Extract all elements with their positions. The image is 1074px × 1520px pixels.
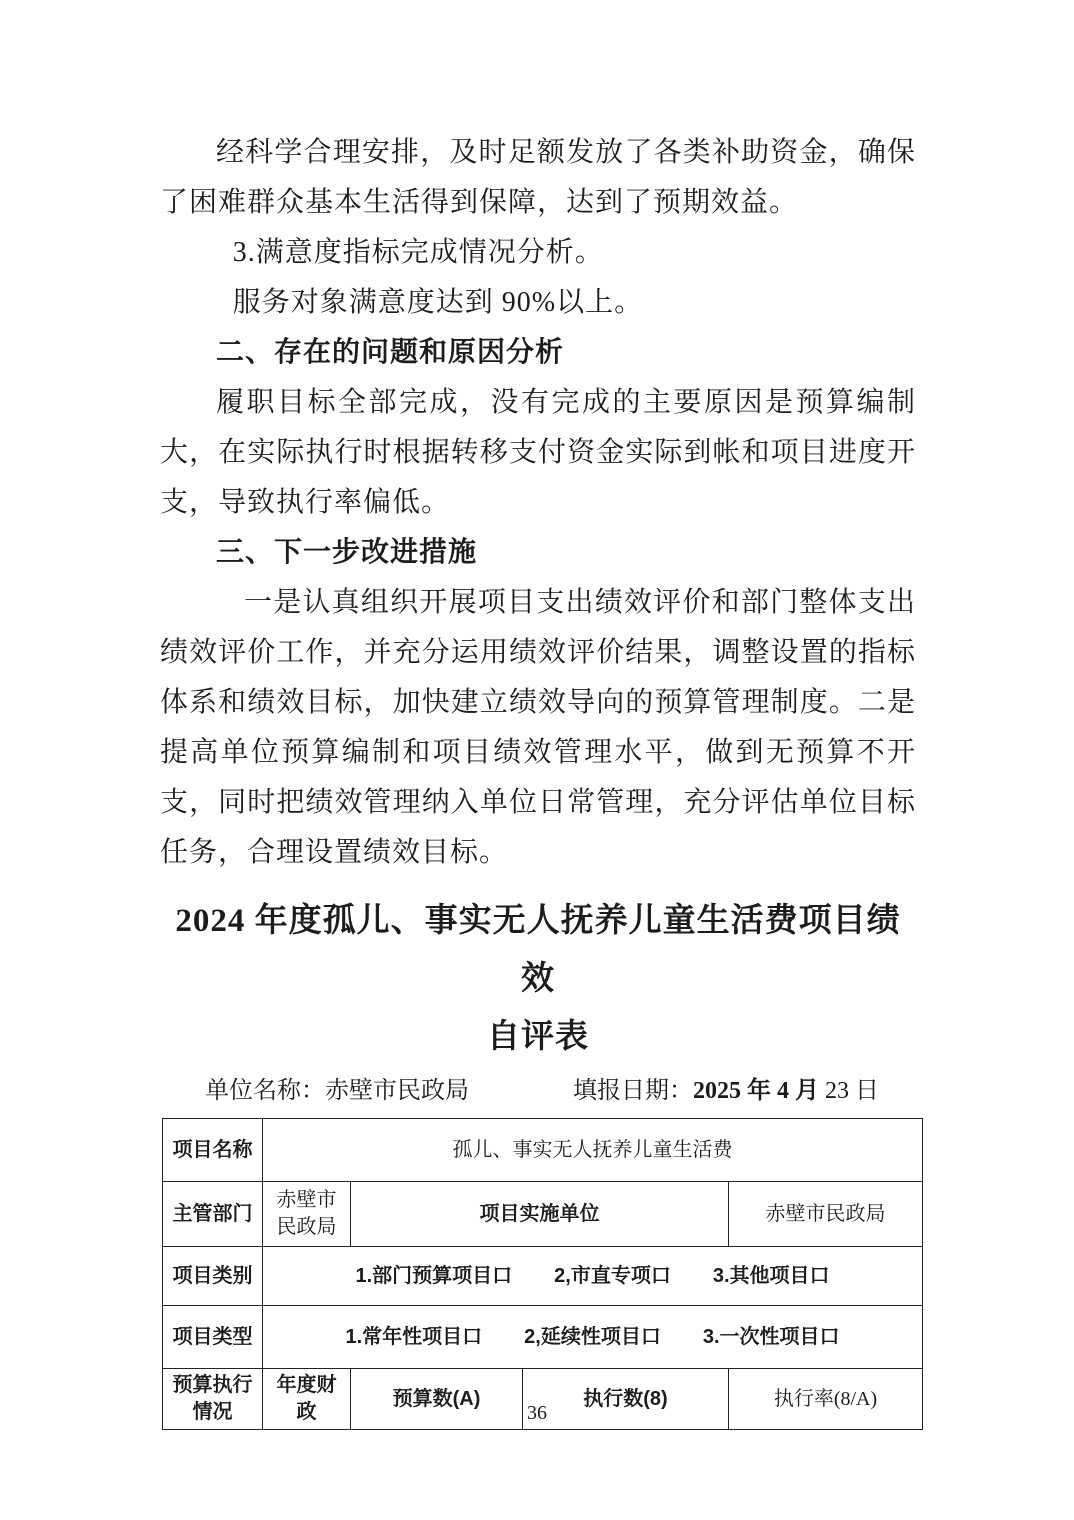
- selfeval-table-title: 2024 年度孤儿、事实无人抚养儿童生活费项目绩效 自评表: [160, 892, 916, 1066]
- page-content: 经科学合理安排，及时足额发放了各类补助资金，确保了困难群众基本生活得到保障，达到…: [160, 0, 916, 1430]
- section-heading-problems: 二、存在的问题和原因分析: [160, 328, 916, 378]
- cell-project-category-options: 1.部门预算项目口 2,市直专项口 3.其他项目口: [263, 1247, 923, 1306]
- type-option-3: 3.一次性项目口: [703, 1324, 840, 1351]
- paragraph-satisfaction: 服务对象满意度达到 90%以上。: [160, 278, 916, 328]
- cell-department-label: 主管部门: [163, 1182, 263, 1247]
- paragraph-benefit: 经科学合理安排，及时足额发放了各类补助资金，确保了困难群众基本生活得到保障，达到…: [160, 128, 916, 228]
- cell-project-name-label: 项目名称: [163, 1119, 263, 1182]
- unit-name-value: 赤壁市民政局: [325, 1078, 469, 1104]
- category-option-1: 1.部门预算项目口: [355, 1263, 512, 1290]
- report-date: 填报日期：2025 年 4 月 23 日: [573, 1078, 879, 1104]
- paragraph-problems: 履职目标全部完成，没有完成的主要原因是预算编制大，在实际执行时根据转移支付资金实…: [160, 378, 916, 528]
- cell-implementing-unit-label: 项目实施单位: [351, 1182, 729, 1247]
- category-option-3: 3.其他项目口: [713, 1263, 830, 1290]
- section-heading-improvements: 三、下一步改进措施: [160, 528, 916, 578]
- selfeval-table: 项目名称 孤儿、事实无人抚养儿童生活费 主管部门 赤壁市民政局 项目实施单位 赤…: [162, 1118, 923, 1430]
- type-option-2: 2,延续性项目口: [524, 1324, 661, 1351]
- report-date-label: 填报日期：: [573, 1078, 693, 1104]
- cell-implementing-unit-value: 赤壁市民政局: [729, 1182, 923, 1247]
- type-option-1: 1.常年性项目口: [345, 1324, 482, 1351]
- meta-line: 单位名称：赤壁市民政局填报日期：2025 年 4 月 23 日: [160, 1074, 916, 1108]
- page-number: 36: [0, 1402, 1074, 1425]
- cell-department-value: 赤壁市民政局: [263, 1182, 351, 1247]
- paragraph-improvements: 一是认真组织开展项目支出绩效评价和部门整体支出绩效评价工作，并充分运用绩效评价结…: [160, 578, 916, 878]
- cell-project-type-label: 项目类型: [163, 1306, 263, 1369]
- unit-name-label: 单位名称：: [205, 1078, 325, 1104]
- cell-project-name-value: 孤儿、事实无人抚养儿童生活费: [263, 1119, 923, 1182]
- selfeval-table-title-line2: 自评表: [160, 1008, 916, 1066]
- table-row-project-category: 项目类别 1.部门预算项目口 2,市直专项口 3.其他项目口: [163, 1247, 923, 1306]
- paragraph-satisfaction-heading: 3.满意度指标完成情况分析。: [160, 228, 916, 278]
- selfeval-table-title-line1: 2024 年度孤儿、事实无人抚养儿童生活费项目绩效: [160, 892, 916, 1008]
- table-row-project-name: 项目名称 孤儿、事实无人抚养儿童生活费: [163, 1119, 923, 1182]
- report-date-rest: 23 日: [825, 1078, 879, 1104]
- table-row-department: 主管部门 赤壁市民政局 项目实施单位 赤壁市民政局: [163, 1182, 923, 1247]
- cell-project-type-options: 1.常年性项目口 2,延续性项目口 3.一次性项目口: [263, 1306, 923, 1369]
- table-row-project-type: 项目类型 1.常年性项目口 2,延续性项目口 3.一次性项目口: [163, 1306, 923, 1369]
- cell-project-category-label: 项目类别: [163, 1247, 263, 1306]
- category-option-2: 2,市直专项口: [554, 1263, 671, 1290]
- document-page: 经科学合理安排，及时足额发放了各类补助资金，确保了困难群众基本生活得到保障，达到…: [0, 0, 1074, 1520]
- report-date-bold: 2025 年 4 月: [693, 1078, 825, 1104]
